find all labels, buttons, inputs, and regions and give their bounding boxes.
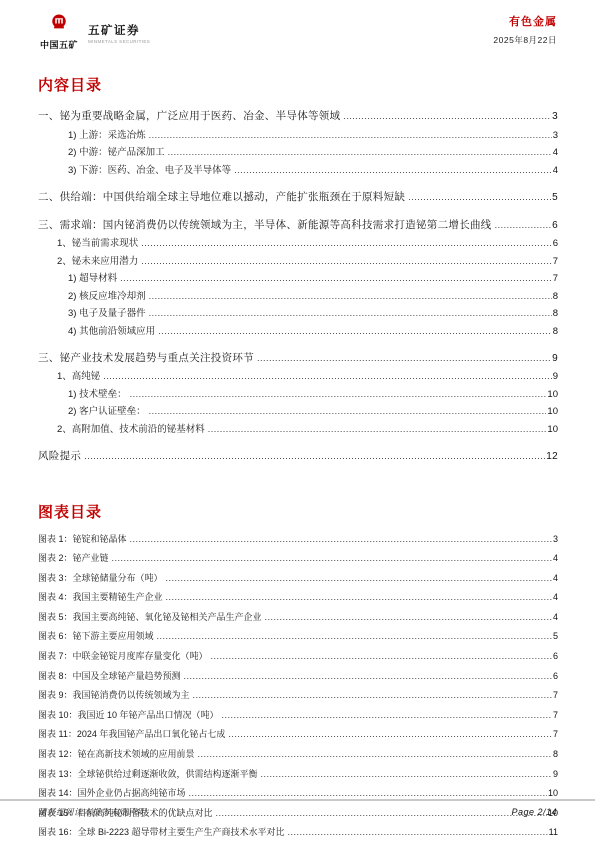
toc-entry-label: 图表 6：铋下游主要应用领域 (38, 629, 154, 642)
toc-entry[interactable]: 图表 14：国外企业仍占据高纯铋市场 10 (38, 786, 558, 799)
toc-section: 内容目录 一、铋为重要战略金属，广泛应用于医药、冶金、半导体等领域 3 1) 上… (38, 74, 558, 463)
dotted-leader (193, 690, 552, 700)
brand-block: 五矿证券 MINMETALS SECURITIES (88, 22, 150, 44)
toc-entry-label: 三、铋产业技术发展趋势与重点关注投资环节 (38, 350, 254, 365)
dotted-leader (189, 788, 547, 798)
toc-entry[interactable]: 图表 7：中联金铋锭月度库存量变化（吨） 6 (38, 649, 558, 662)
toc-entry-page: 6 (553, 651, 558, 661)
toc-entry[interactable]: 3) 下游：医药、冶金、电子及半导体等 4 (68, 162, 558, 176)
dotted-leader (112, 553, 552, 563)
toc-entry-label: 1) 技术壁垒： (68, 386, 127, 400)
toc-entry[interactable]: 图表 6：铋下游主要应用领域 5 (38, 629, 558, 642)
figures-section: 图表目录 图表 1：铋锭和铋晶体 3 图表 2：铋产业链 4 图表 3：全球铋储… (38, 501, 558, 839)
toc-entry-page: 3 (552, 111, 558, 122)
toc-entry[interactable]: 一、铋为重要战略金属，广泛应用于医药、冶金、半导体等领域 3 (38, 108, 558, 123)
toc-entry[interactable]: 1) 超导材料 7 (68, 270, 558, 284)
toc-entry-page: 4 (553, 592, 558, 602)
toc-entry-page: 11 (549, 827, 558, 837)
toc-entry-page: 7 (553, 690, 558, 700)
figures-title: 图表目录 (38, 501, 558, 522)
toc-entry-label: 三、需求端：国内铋消费仍以传统领域为主，半导体、新能源等高科技需求打造铋第二增长… (38, 217, 492, 232)
toc-entry-page: 5 (553, 631, 558, 641)
dotted-leader (343, 110, 551, 122)
toc-entry-page: 6 (553, 238, 558, 249)
report-page: 中国五矿 五矿证券 MINMETALS SECURITIES 有色金属 2025… (0, 0, 595, 842)
dotted-leader (222, 710, 552, 720)
toc-entry-page: 8 (553, 326, 558, 337)
footer-disclaimer: 请仔细阅读本报告末页声明 (38, 806, 146, 818)
page-content: 内容目录 一、铋为重要战略金属，广泛应用于医药、冶金、半导体等领域 3 1) 上… (38, 74, 558, 838)
toc-entry-page: 10 (548, 788, 558, 798)
toc-entry-page: 9 (553, 371, 558, 382)
figure-list: 图表 1：铋锭和铋晶体 3 图表 2：铋产业链 4 图表 3：全球铋储量分布（吨… (38, 532, 558, 839)
toc-entry-page: 5 (552, 192, 558, 203)
dotted-leader (408, 191, 551, 203)
toc-entry[interactable]: 图表 12：铋在高新技术领域的应用前景 8 (38, 747, 558, 760)
dotted-leader (208, 424, 547, 435)
toc-entry[interactable]: 图表 16：全球 Bi-2223 超导带材主要生产生产商技术水平对比 11 (38, 825, 558, 838)
toc-title: 内容目录 (38, 74, 558, 95)
minmetals-emblem-icon (50, 13, 68, 36)
toc-entry[interactable]: 1、铋当前需求现状 6 (57, 235, 558, 249)
dotted-leader (149, 308, 552, 319)
dotted-leader (211, 651, 552, 661)
toc-entry-label: 1、高纯铋 (57, 368, 100, 382)
toc-entry[interactable]: 2、铋未来应用潜力 7 (57, 253, 558, 267)
toc-entry-label: 图表 5：我国主要高纯铋、氧化铋及铋相关产品生产企业 (38, 610, 262, 623)
toc-entry-label: 一、铋为重要战略金属，广泛应用于医药、冶金、半导体等领域 (38, 108, 340, 123)
toc-entry[interactable]: 1、高纯铋 9 (57, 368, 558, 382)
dotted-leader (149, 130, 552, 141)
logo-company-name: 中国五矿 (40, 38, 78, 51)
dotted-leader (228, 729, 552, 739)
toc-entry-label: 图表 16：全球 Bi-2223 超导带材主要生产生产商技术水平对比 (38, 825, 285, 838)
toc-entry-label: 图表 2：铋产业链 (38, 551, 109, 564)
toc-entry-page: 6 (552, 220, 558, 231)
toc-entry[interactable]: 图表 9：我国铋消费仍以传统领域为主 7 (38, 688, 558, 701)
dotted-leader (84, 450, 545, 462)
toc-entry-label: 1) 超导材料 (68, 270, 117, 284)
dotted-leader (261, 769, 552, 779)
toc-entry-label: 3) 下游：医药、冶金、电子及半导体等 (68, 162, 231, 176)
dotted-leader (149, 291, 552, 302)
toc-entry[interactable]: 三、铋产业技术发展趋势与重点关注投资环节 9 (38, 350, 558, 365)
logo-block: 中国五矿 (40, 13, 78, 51)
toc-entry-page: 3 (553, 534, 558, 544)
toc-entry[interactable]: 三、需求端：国内铋消费仍以传统领域为主，半导体、新能源等高科技需求打造铋第二增长… (38, 217, 558, 232)
dotted-leader (265, 612, 552, 622)
toc-entry-page: 4 (553, 612, 558, 622)
dotted-leader (198, 749, 552, 759)
report-date: 2025年8月22日 (493, 34, 557, 46)
dotted-leader (130, 389, 547, 400)
toc-entry-label: 图表 8：中国及全球铋产量趋势预测 (38, 669, 181, 682)
toc-entry-label: 2) 中游：铋产品深加工 (68, 144, 165, 158)
toc-entry-label: 4) 其他前沿领域应用 (68, 323, 155, 337)
toc-entry-label: 2) 客户认证壁垒： (68, 403, 146, 417)
toc-entry-label: 1、铋当前需求现状 (57, 235, 138, 249)
industry-category: 有色金属 (493, 13, 557, 29)
page-number-indicator: Page 2/14 (511, 807, 557, 817)
dotted-leader (103, 371, 551, 382)
toc-entry-label: 图表 3：全球铋储量分布（吨） (38, 571, 163, 584)
toc-entry-page: 4 (553, 553, 558, 563)
toc-entry-label: 图表 10：我国近 10 年铋产品出口情况（吨） (38, 708, 219, 721)
toc-entry-page: 8 (553, 749, 558, 759)
toc-entry-label: 图表 13：全球铋供给过剩逐渐收敛，供需结构逐渐平衡 (38, 767, 258, 780)
toc-entry[interactable]: 图表 8：中国及全球铋产量趋势预测 6 (38, 669, 558, 682)
toc-entry-label: 图表 11：2024 年我国铋产品出口氧化铋占七成 (38, 727, 225, 740)
toc-entry-page: 7 (553, 729, 558, 739)
company-logo: 中国五矿 五矿证券 MINMETALS SECURITIES (40, 13, 150, 51)
dotted-leader (141, 238, 551, 249)
toc-list: 一、铋为重要战略金属，广泛应用于医药、冶金、半导体等领域 3 1) 上游：采选冶… (38, 108, 558, 463)
toc-entry-label: 1) 上游：采选冶炼 (68, 127, 146, 141)
toc-entry[interactable]: 4) 其他前沿领域应用 8 (68, 323, 558, 337)
toc-entry-label: 图表 14：国外企业仍占据高纯铋市场 (38, 786, 186, 799)
toc-entry[interactable]: 图表 13：全球铋供给过剩逐渐收敛，供需结构逐渐平衡 9 (38, 767, 558, 780)
toc-entry-label: 图表 7：中联金铋锭月度库存量变化（吨） (38, 649, 208, 662)
toc-entry-page: 7 (553, 256, 558, 267)
toc-entry-page: 10 (547, 424, 558, 435)
toc-entry-page: 7 (553, 273, 558, 284)
brand-name: 五矿证券 (88, 22, 150, 38)
dotted-leader (149, 406, 547, 417)
toc-entry-label: 二、供给端：中国供给端全球主导地位难以撼动，产能扩张瓶颈在于原料短缺 (38, 189, 405, 204)
toc-entry[interactable]: 1) 上游：采选冶炼 3 (68, 127, 558, 141)
toc-entry[interactable]: 图表 10：我国近 10 年铋产品出口情况（吨） 7 (38, 708, 558, 721)
toc-entry[interactable]: 二、供给端：中国供给端全球主导地位难以撼动，产能扩张瓶颈在于原料短缺 5 (38, 189, 558, 204)
toc-entry-page: 8 (553, 308, 558, 319)
toc-entry-label: 图表 9：我国铋消费仍以传统领域为主 (38, 688, 190, 701)
toc-entry-label: 2、高附加值、技术前沿的铋基材料 (57, 421, 205, 435)
toc-entry[interactable]: 2) 核反应堆冷却剂 8 (68, 288, 558, 302)
toc-entry-label: 风险提示 (38, 448, 81, 463)
toc-entry[interactable]: 图表 11：2024 年我国铋产品出口氧化铋占七成 7 (38, 727, 558, 740)
toc-entry[interactable]: 1) 技术壁垒： 10 (68, 386, 558, 400)
toc-entry-page: 4 (553, 165, 558, 176)
dotted-leader (157, 631, 552, 641)
toc-entry-page: 6 (553, 671, 558, 681)
dotted-leader (288, 827, 548, 837)
page-header: 中国五矿 五矿证券 MINMETALS SECURITIES 有色金属 2025… (40, 13, 557, 51)
toc-entry-page: 8 (553, 291, 558, 302)
toc-entry-label: 图表 12：铋在高新技术领域的应用前景 (38, 747, 195, 760)
toc-entry-page: 4 (553, 147, 558, 158)
toc-entry-label: 图表 1：铋锭和铋晶体 (38, 532, 127, 545)
toc-entry-label: 2) 核反应堆冷却剂 (68, 288, 146, 302)
page-footer: 请仔细阅读本报告末页声明 Page 2/14 (38, 806, 557, 818)
toc-entry-page: 10 (547, 389, 558, 400)
toc-entry[interactable]: 图表 2：铋产业链 4 (38, 551, 558, 564)
toc-entry-page: 9 (553, 769, 558, 779)
toc-entry-page: 7 (553, 710, 558, 720)
toc-entry-label: 图表 4：我国主要精铋生产企业 (38, 590, 163, 603)
dotted-leader (495, 219, 552, 231)
toc-entry-page: 12 (546, 451, 558, 462)
toc-entry[interactable]: 3) 电子及量子器件 8 (68, 305, 558, 319)
dotted-leader (141, 256, 551, 267)
dotted-leader (120, 273, 552, 284)
dotted-leader (158, 326, 552, 337)
dotted-leader (234, 165, 552, 176)
dotted-leader (257, 352, 551, 364)
footer-divider (0, 799, 595, 801)
toc-entry-page: 10 (547, 406, 558, 417)
toc-entry[interactable]: 2) 中游：铋产品深加工 4 (68, 144, 558, 158)
toc-entry-page: 4 (553, 573, 558, 583)
toc-entry[interactable]: 图表 4：我国主要精铋生产企业 4 (38, 590, 558, 603)
dotted-leader (184, 671, 552, 681)
brand-subtitle: MINMETALS SECURITIES (88, 39, 150, 44)
toc-entry-label: 2、铋未来应用潜力 (57, 253, 138, 267)
toc-entry[interactable]: 图表 3：全球铋储量分布（吨） 4 (38, 571, 558, 584)
toc-entry[interactable]: 2、高附加值、技术前沿的铋基材料 10 (57, 421, 558, 435)
header-right: 有色金属 2025年8月22日 (493, 13, 557, 46)
toc-entry-page: 3 (553, 130, 558, 141)
toc-entry[interactable]: 风险提示 12 (38, 448, 558, 463)
dotted-leader (168, 147, 552, 158)
dotted-leader (166, 573, 552, 583)
toc-entry[interactable]: 2) 客户认证壁垒： 10 (68, 403, 558, 417)
dotted-leader (166, 592, 552, 602)
toc-entry-label: 3) 电子及量子器件 (68, 305, 146, 319)
dotted-leader (130, 534, 552, 544)
toc-entry[interactable]: 图表 1：铋锭和铋晶体 3 (38, 532, 558, 545)
toc-entry[interactable]: 图表 5：我国主要高纯铋、氧化铋及铋相关产品生产企业 4 (38, 610, 558, 623)
toc-entry-page: 9 (552, 353, 558, 364)
